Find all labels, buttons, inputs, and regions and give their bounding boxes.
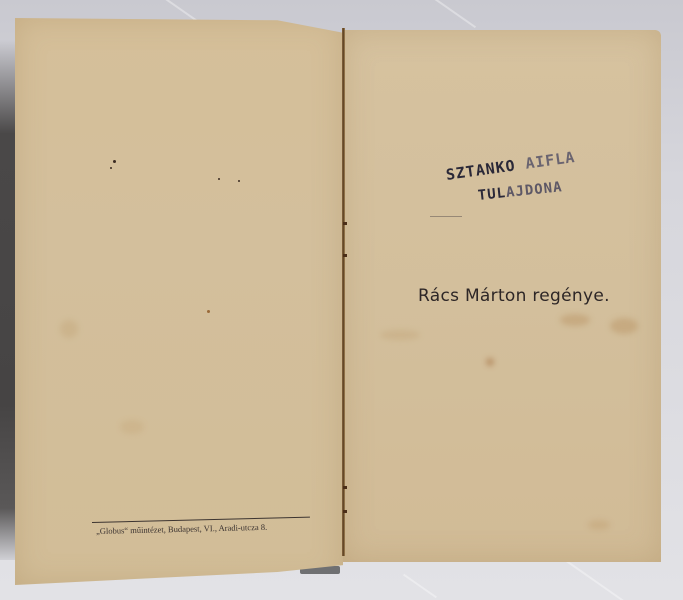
binding-stitch	[343, 254, 347, 257]
binding-stitch	[343, 510, 347, 513]
stamp-text-bold: TUL	[477, 185, 507, 204]
foxing-stain	[120, 420, 144, 434]
foxing-stain	[560, 314, 590, 326]
ink-speck	[113, 160, 116, 163]
binding-stitch	[343, 486, 347, 489]
ink-speck	[238, 180, 240, 182]
book-gutter	[342, 28, 345, 556]
foxing-stain	[588, 520, 610, 530]
binding-stitch	[343, 222, 347, 225]
ink-speck	[207, 310, 210, 313]
left-page	[15, 18, 343, 585]
background-streak	[403, 574, 437, 599]
foxing-stain	[380, 330, 420, 340]
foxing-stain	[60, 320, 78, 338]
background-streak	[434, 0, 476, 28]
foxing-stain	[486, 358, 494, 366]
ink-speck	[110, 167, 112, 169]
ink-speck	[218, 178, 220, 180]
half-title: Rács Márton regénye.	[418, 286, 610, 306]
foxing-stain	[610, 318, 638, 334]
stamp-underline	[430, 216, 462, 217]
background-streak	[566, 560, 624, 600]
